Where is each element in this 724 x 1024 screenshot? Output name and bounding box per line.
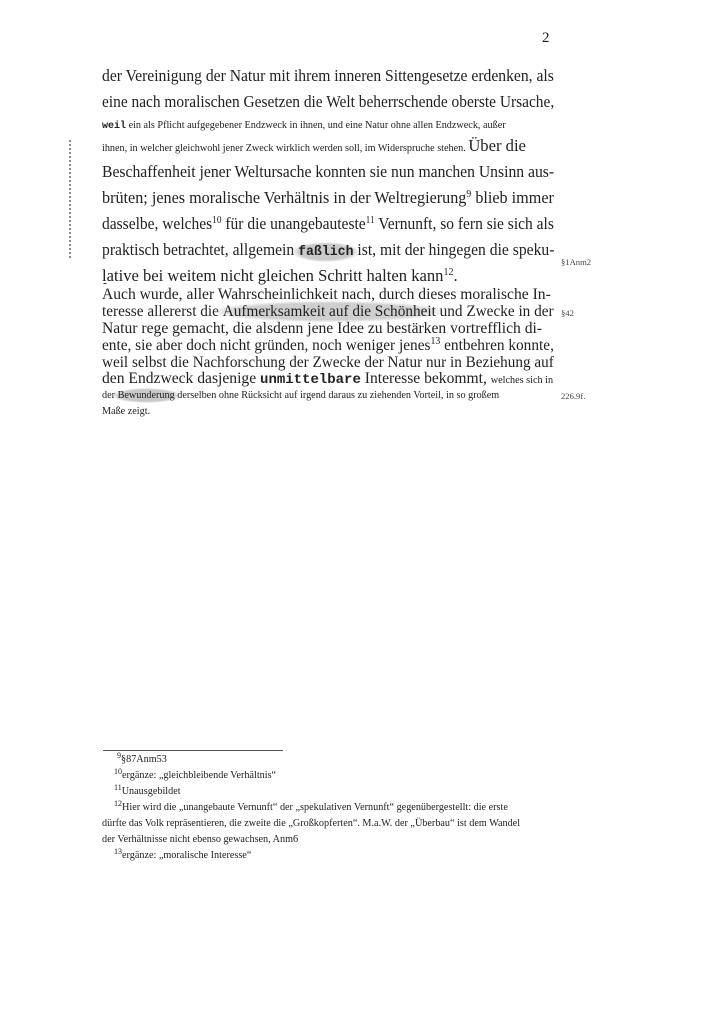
footnote-12: 12Hier wird die „unangebaute Vernunft“ d… — [114, 802, 508, 813]
footnote-rule — [103, 750, 283, 751]
text-line: Beschaffenheit jener Weltursache konnten… — [102, 162, 554, 182]
text-line: teresse allererst die Aufmerksamkeit auf… — [102, 303, 554, 321]
footnote-12-cont: dürfte das Volk repräsentieren, die zwei… — [102, 818, 520, 829]
text-line: ihnen, in welcher gleichwohl jener Zweck… — [102, 136, 526, 156]
footnote-ref-10[interactable]: 10 — [212, 215, 221, 226]
footnote-ref-12[interactable]: 12 — [443, 267, 453, 278]
text-line: eine nach moralischen Gesetzen die Welt … — [102, 92, 522, 112]
footnote-ref-13[interactable]: 13 — [430, 336, 440, 347]
margin-note: §1Anm2 — [561, 257, 591, 267]
margin-note: §42 — [561, 308, 574, 318]
footnote-11: 11Unausgebildet — [114, 786, 181, 797]
text-line: lative bei weitem nicht gleichen Schritt… — [102, 266, 458, 286]
text-line: den Endzweck dasjenige unmittelbare Inte… — [102, 370, 553, 388]
page-number: 2 — [542, 30, 550, 47]
highlight-annotation[interactable]: Aufmerksamkeit auf die Schönheit — [215, 301, 444, 322]
footnote-13: 13ergänze: „moralische Interesse“ — [114, 850, 251, 861]
footnote-9: 9§87Anm53 — [117, 754, 167, 765]
highlight-annotation[interactable]: faßlich — [292, 242, 359, 262]
footnote-12-cont: der Verhältnisse nicht ebenso gewachsen,… — [102, 834, 298, 845]
text-line: der Bewunderung derselben ohne Rücksicht… — [102, 390, 499, 401]
text-line: dasselbe, welches10 für die unangebautes… — [102, 214, 554, 234]
highlight-annotation[interactable]: Bewunderung — [112, 388, 181, 403]
text-line: praktisch betrachtet, allgemein faßlich … — [102, 240, 554, 260]
text-line: weil ein als Pflicht aufgegebener Endzwe… — [102, 120, 506, 132]
footnote-10: 10ergänze: „gleichbleibende Verhältnis“ — [114, 770, 276, 781]
change-bar — [69, 140, 71, 258]
margin-note: 226.9f. — [561, 391, 585, 401]
text-line: Natur rege gemacht, die alsdenn jene Ide… — [102, 320, 542, 338]
text-line: der Vereinigung der Natur mit ihrem inne… — [102, 66, 528, 86]
emphasis-word: weil — [102, 121, 126, 132]
text-line: ente, sie aber doch nicht gründen, noch … — [102, 337, 554, 355]
emphasis-word: unmittelbare — [260, 372, 361, 388]
text-line: brüten; jenes moralische Verhältnis in d… — [102, 188, 554, 208]
footnote-ref-11[interactable]: 11 — [366, 215, 375, 226]
text-line: Maße zeigt. — [102, 406, 150, 417]
